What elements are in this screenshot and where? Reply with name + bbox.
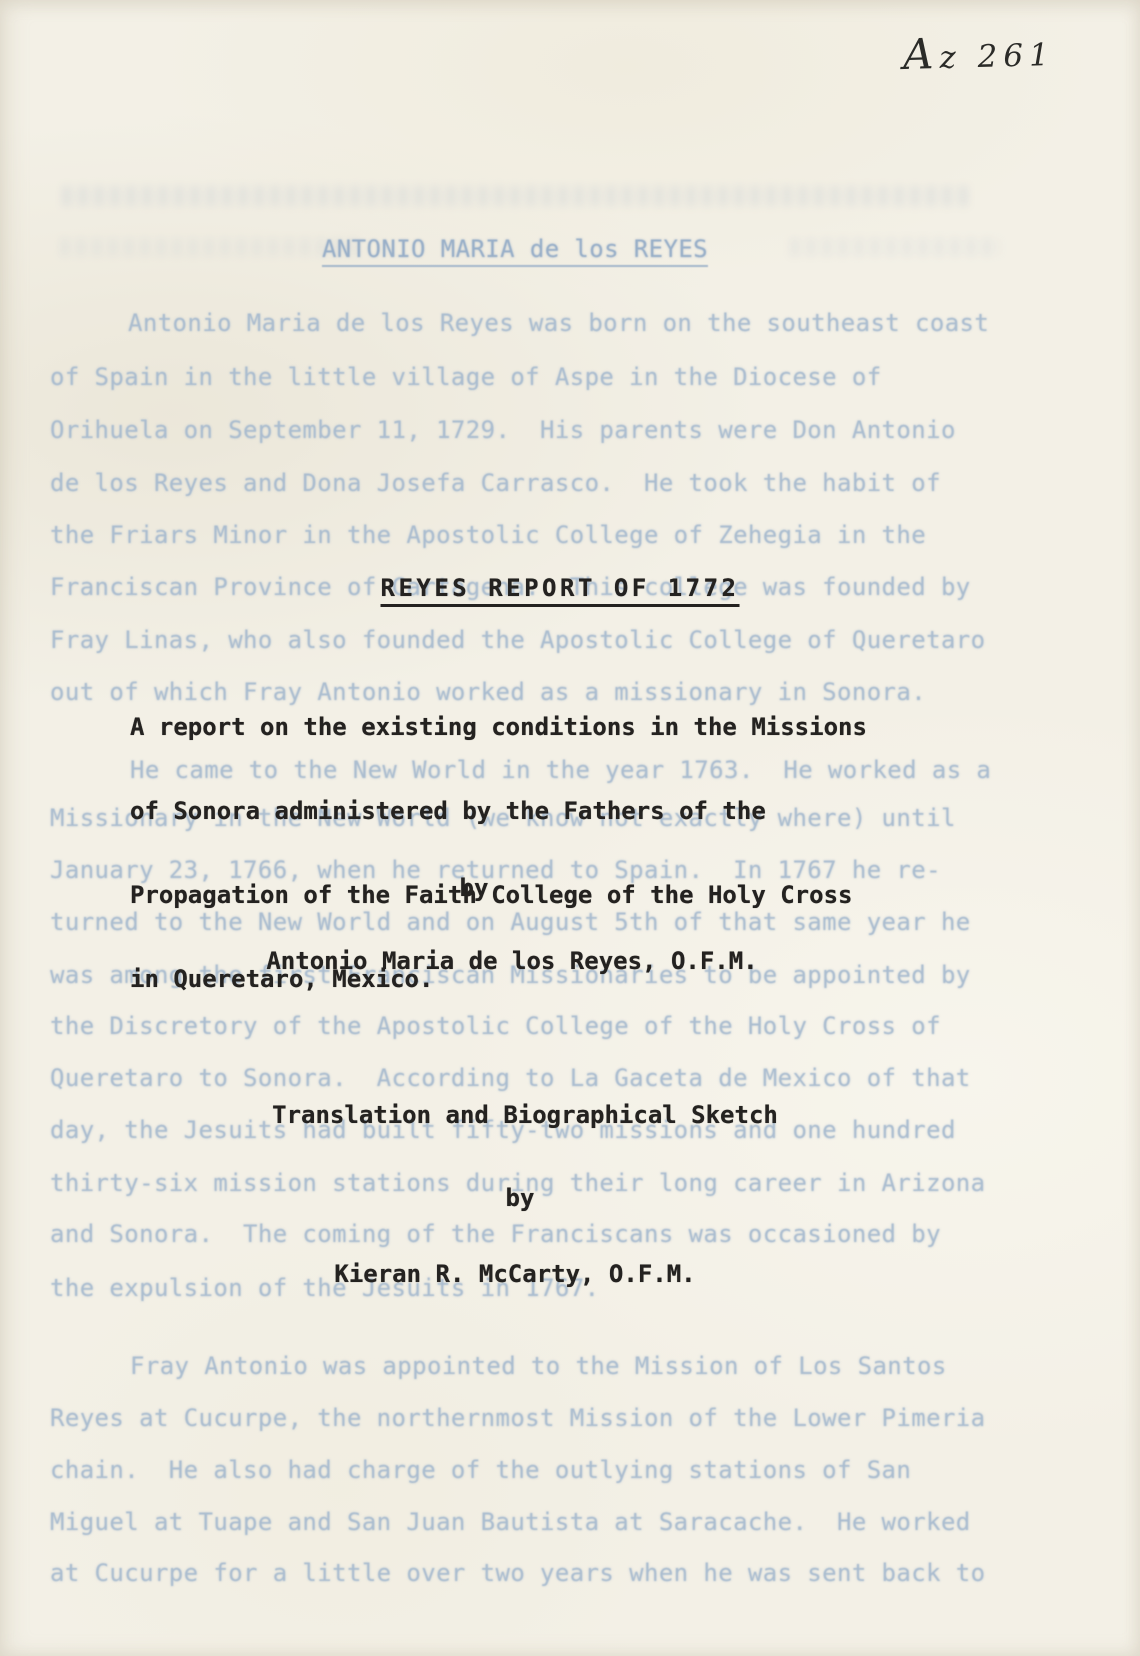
scanned-document-page: Az 261 ANTONIO MARIA de los REYES Antoni… — [0, 0, 1140, 1656]
section-label: Translation and Biographical Sketch — [272, 1101, 778, 1129]
by-label: by — [506, 1184, 535, 1212]
translator-name: Kieran R. McCarty, O.F.M. — [334, 1260, 695, 1288]
document-subtitle: A report on the existing conditions in t… — [130, 657, 867, 1049]
document-title: REYES REPORT OF 1772 — [381, 574, 740, 607]
typed-ink-layer: REYES REPORT OF 1772 A report on the exi… — [0, 0, 1140, 1656]
subtitle-line: Propagation of the Faith College of the … — [130, 881, 867, 909]
by-label: by — [460, 874, 489, 902]
subtitle-line: of Sonora administered by the Fathers of… — [130, 797, 867, 825]
author-name: Antonio Maria de los Reyes, O.F.M. — [266, 947, 757, 975]
subtitle-line: A report on the existing conditions in t… — [130, 713, 867, 741]
